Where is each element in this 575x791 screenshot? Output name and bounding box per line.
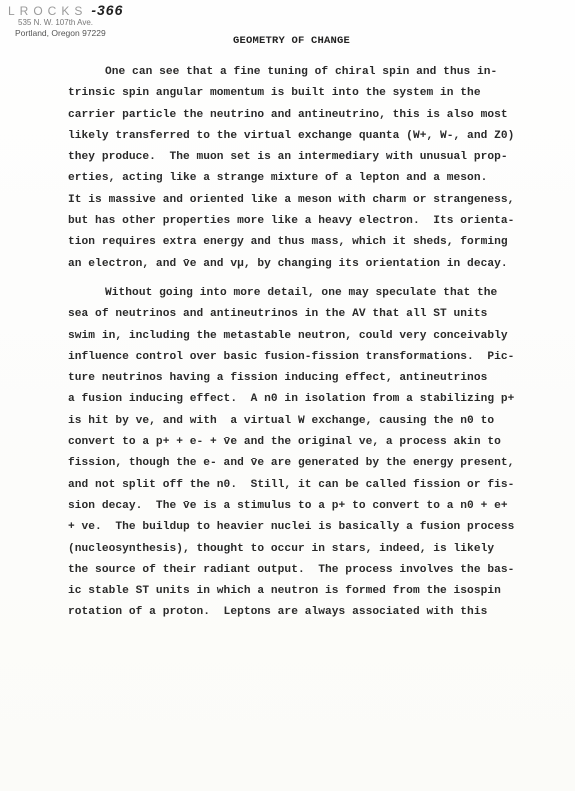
text-line: + ve. The buildup to heavier nuclei is b… xyxy=(68,517,528,538)
text-line: convert to a p+ + e- + v̄e and the origi… xyxy=(68,432,528,453)
text-line: and not split off the n0. Still, it can … xyxy=(68,475,528,496)
document-title: GEOMETRY OF CHANGE xyxy=(233,35,350,47)
paragraph: One can see that a fine tuning of chiral… xyxy=(68,62,528,275)
text-line: ture neutrinos having a fission inducing… xyxy=(68,368,528,389)
text-line: erties, acting like a strange mixture of… xyxy=(68,168,528,189)
text-line: One can see that a fine tuning of chiral… xyxy=(68,62,528,83)
address-stamp: LROCKS-366 535 N. W. 107th Ave. Portland… xyxy=(8,2,123,38)
text-line: trinsic spin angular momentum is built i… xyxy=(68,83,528,104)
stamp-address-city: Portland, Oregon 97229 xyxy=(15,28,123,38)
text-line: swim in, including the metastable neutro… xyxy=(68,326,528,347)
stamp-name: LROCKS xyxy=(8,4,87,18)
paragraphs: One can see that a fine tuning of chiral… xyxy=(68,62,528,624)
text-line: sea of neutrinos and antineutrinos in th… xyxy=(68,304,528,325)
text-line: is hit by ve, and with a virtual W excha… xyxy=(68,411,528,432)
text-line: Without going into more detail, one may … xyxy=(68,283,528,304)
text-line: ic stable ST units in which a neutron is… xyxy=(68,581,528,602)
text-line: (nucleosynthesis), thought to occur in s… xyxy=(68,539,528,560)
text-line: a fusion inducing effect. A n0 in isolat… xyxy=(68,389,528,410)
text-line: influence control over basic fusion-fiss… xyxy=(68,347,528,368)
text-line: carrier particle the neutrino and antine… xyxy=(68,105,528,126)
paragraph-gap xyxy=(68,275,528,283)
text-line: rotation of a proton. Leptons are always… xyxy=(68,602,528,623)
text-line: an electron, and v̄e and vμ, by changing… xyxy=(68,254,528,275)
text-line: likely transferred to the virtual exchan… xyxy=(68,126,528,147)
text-line: the source of their radiant output. The … xyxy=(68,560,528,581)
text-line: sion decay. The v̄e is a stimulus to a p… xyxy=(68,496,528,517)
text-line: tion requires extra energy and thus mass… xyxy=(68,232,528,253)
document-body: One can see that a fine tuning of chiral… xyxy=(68,62,528,624)
text-line: It is massive and oriented like a meson … xyxy=(68,190,528,211)
document-page: LROCKS-366 535 N. W. 107th Ave. Portland… xyxy=(0,0,575,791)
handwritten-page-number: -366 xyxy=(91,2,123,18)
paragraph: Without going into more detail, one may … xyxy=(68,283,528,624)
text-line: but has other properties more like a hea… xyxy=(68,211,528,232)
text-line: they produce. The muon set is an interme… xyxy=(68,147,528,168)
text-line: fission, though the e- and v̄e are gener… xyxy=(68,453,528,474)
